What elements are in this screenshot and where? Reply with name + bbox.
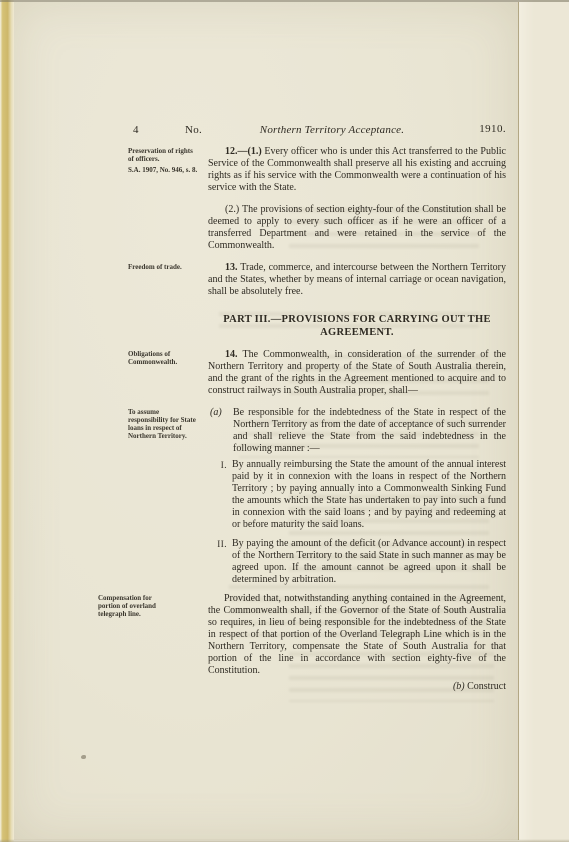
part-heading: PART III.—PROVISIONS FOR CARRYING OUT TH…: [208, 313, 506, 339]
section-number: 14.: [225, 349, 238, 360]
paragraph-text: Be responsible for the indebtedness of t…: [233, 407, 506, 454]
subparagraph-text: By annually reimbursing the State the am…: [232, 459, 506, 530]
margin-note-freedom: Freedom of trade.: [128, 263, 200, 271]
margin-note-preservation: Preservation of rights of officers. S.A.…: [128, 147, 200, 174]
section-12-1: Preservation of rights of officers. S.A.…: [208, 146, 506, 194]
margin-note-text: Compensation for portion of overland tel…: [98, 594, 156, 618]
catchword-word: Construct: [467, 681, 506, 692]
subparagraph-i: I.By annually reimbursing the State the …: [208, 459, 506, 531]
section-text: (2.) The provisions of section eighty-fo…: [208, 204, 506, 251]
act-text: Preservation of rights of officers. S.A.…: [208, 146, 506, 693]
margin-note-obligations: Obligations of Commonwealth.: [128, 350, 200, 366]
subparagraph-ii: II.By paying the amount of the deficit (…: [208, 538, 506, 586]
scan-top-edge: [0, 0, 569, 2]
running-title: Northern Territory Acceptance.: [198, 123, 466, 137]
margin-note-state-loans: To assume responsibility for State loans…: [128, 408, 200, 440]
margin-note-citation: S.A. 1907, No. 946, s. 8.: [128, 166, 200, 174]
paragraph-letter: (a): [210, 407, 222, 419]
subparagraph-text: By paying the amount of the deficit (or …: [232, 538, 506, 585]
running-header: 4 No. Northern Territory Acceptance. 191…: [128, 123, 506, 139]
section-number: 12.—(1.): [225, 146, 262, 157]
roman-numeral: II.: [208, 538, 227, 550]
section-13: Freedom of trade. 13. Trade, commerce, a…: [208, 262, 506, 298]
roman-numeral: I.: [208, 459, 227, 471]
section-text: The Commonwealth, in consideration of th…: [208, 349, 506, 396]
paper-speck: [81, 755, 86, 759]
year: 1910.: [479, 122, 506, 136]
catchword-letter: (b): [453, 681, 465, 692]
proviso-text: Provided that, notwithstanding anything …: [208, 593, 506, 676]
margin-note-text: Freedom of trade.: [128, 263, 182, 271]
section-text: Trade, commerce, and intercourse between…: [208, 262, 506, 297]
page-number: 4: [133, 123, 139, 137]
catchword: (b) Construct: [208, 681, 506, 693]
scanned-act-page: { "header": { "page_number": "4", "numbe…: [0, 0, 569, 842]
section-number: 13.: [225, 262, 238, 273]
margin-note-text: Obligations of Commonwealth.: [128, 350, 177, 366]
margin-note-telegraph: Compensation for portion of overland tel…: [98, 594, 170, 618]
paragraph-a: To assume responsibility for State loans…: [208, 407, 506, 455]
proviso-paragraph: Compensation for portion of overland tel…: [208, 593, 506, 677]
section-14: Obligations of Commonwealth. 14. The Com…: [208, 349, 506, 397]
margin-note-text: To assume responsibility for State loans…: [128, 408, 196, 440]
scanner-backing: [519, 0, 569, 842]
page-gutter-edge: [0, 0, 14, 842]
section-12-2: (2.) The provisions of section eighty-fo…: [208, 204, 506, 252]
margin-note-text: Preservation of rights of officers.: [128, 147, 193, 163]
